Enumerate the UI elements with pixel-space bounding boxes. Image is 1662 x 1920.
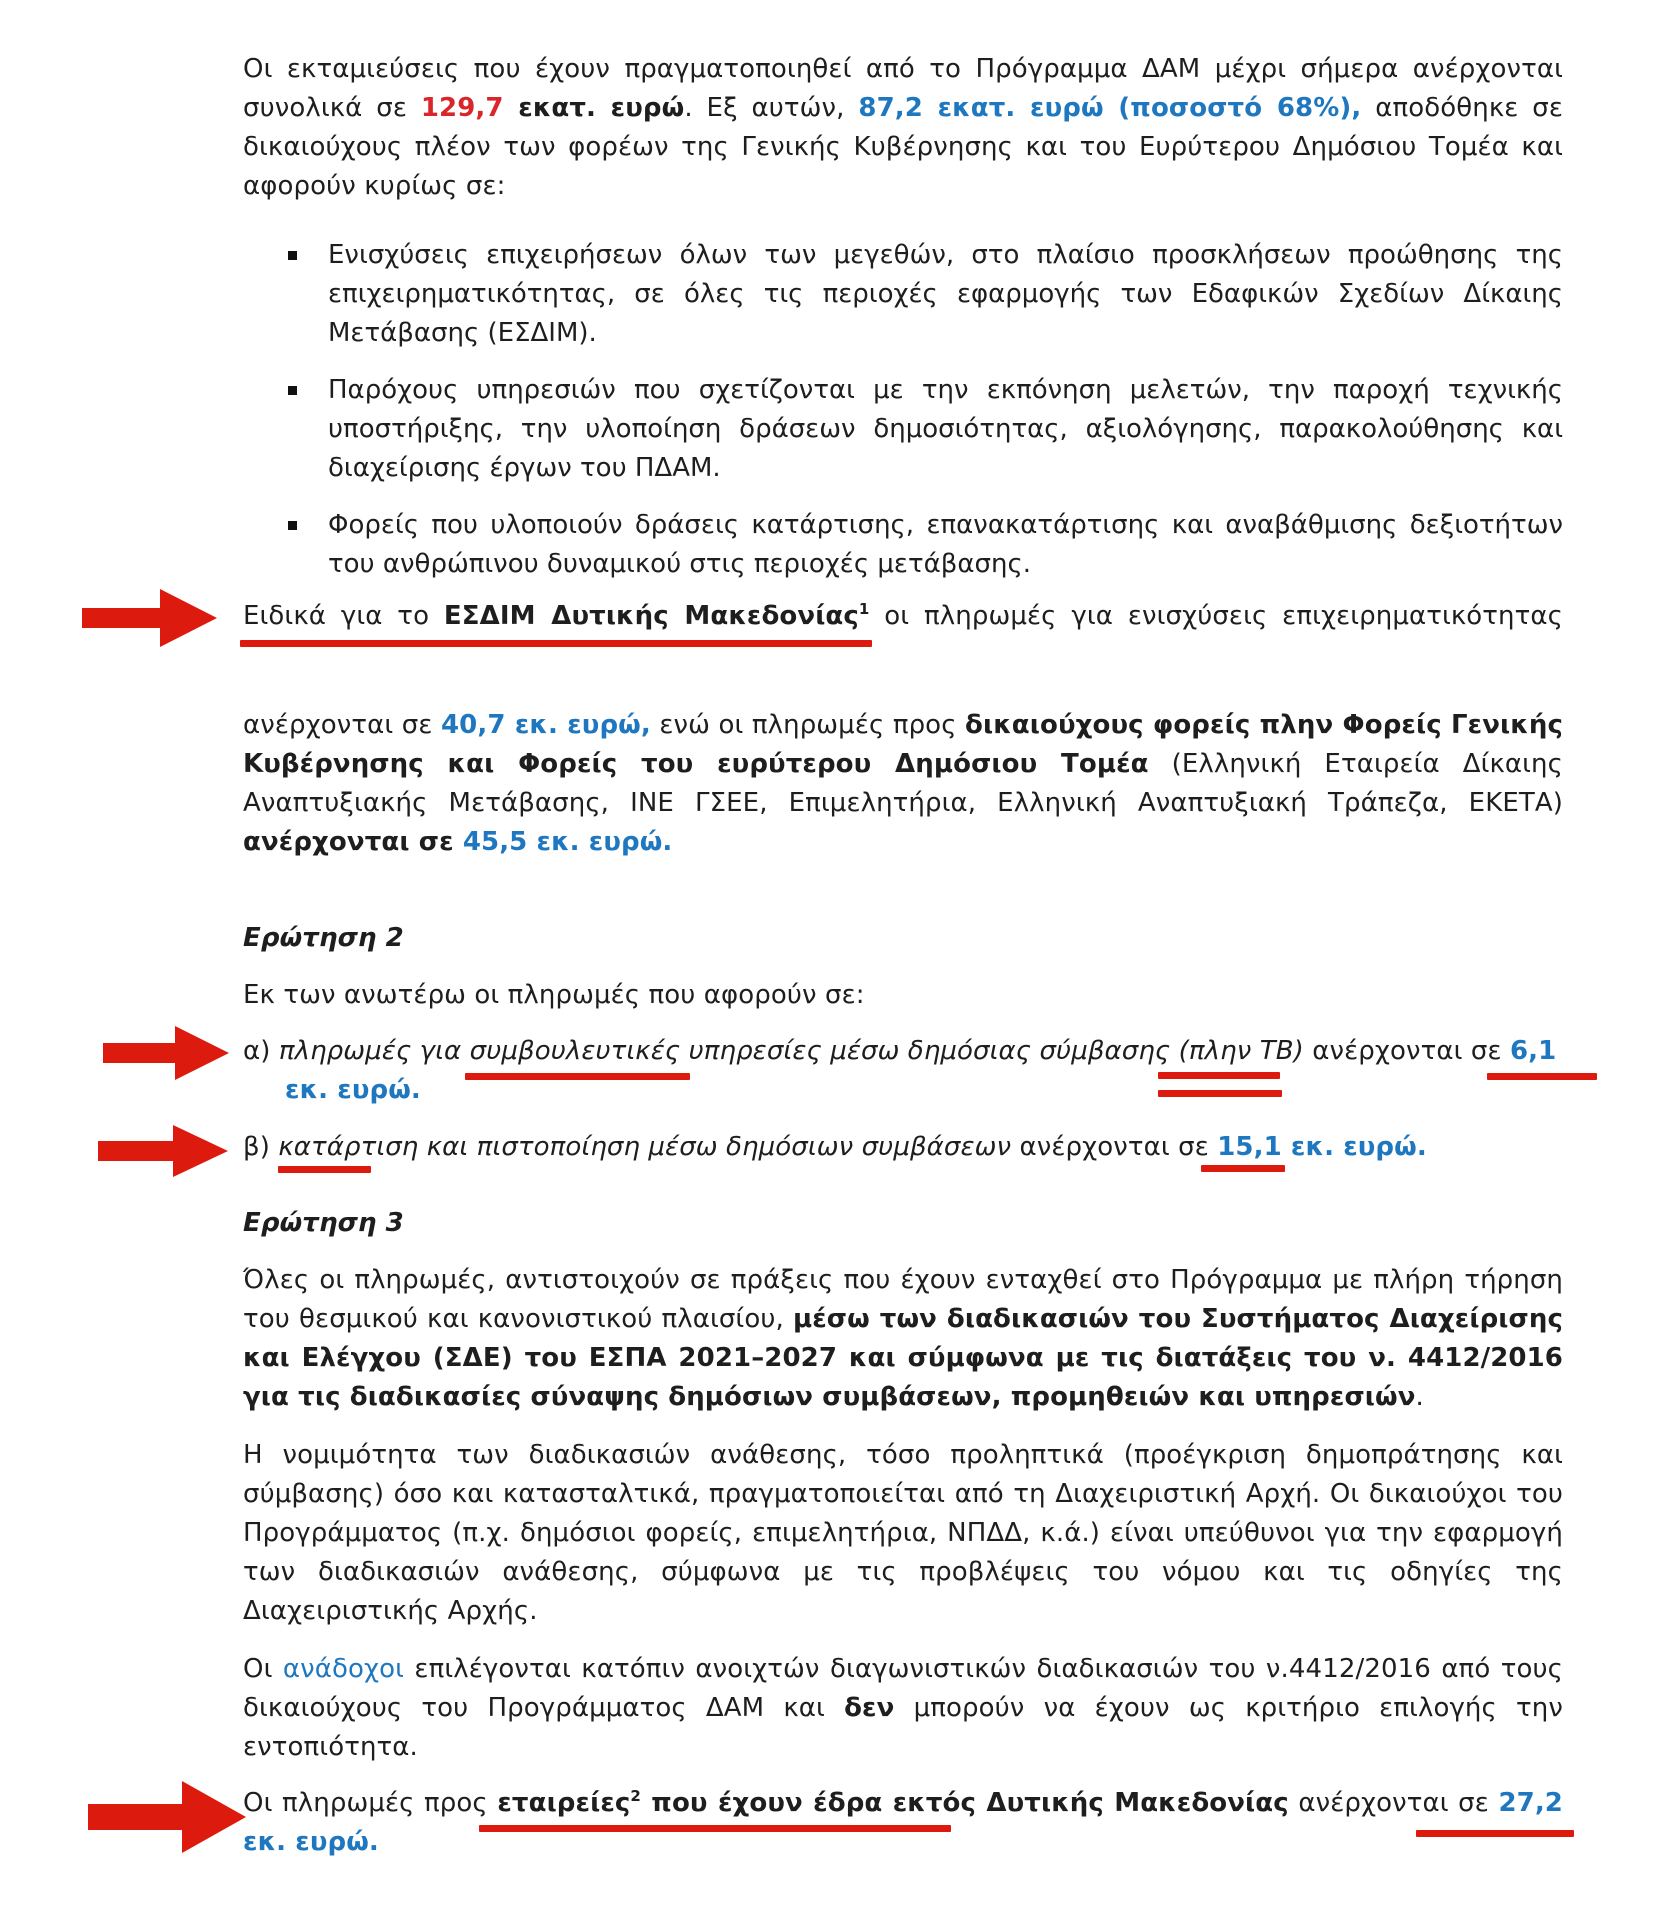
- footnote-ref-2[interactable]: 2: [630, 1787, 641, 1805]
- red-underline: [479, 1825, 951, 1832]
- question-3-paragraph-1: Όλες οι πληρωμές, αντιστοιχούν σε πράξει…: [243, 1261, 1563, 1417]
- red-underline: [1158, 1072, 1280, 1079]
- question-3-paragraph-2: Η νομιμότητα των διαδικασιών ανάθεσης, τ…: [243, 1436, 1563, 1631]
- red-arrow-icon: [103, 1026, 229, 1080]
- bullet-item: Φορείς που υλοποιούν δράσεις κατάρτισης,…: [243, 506, 1563, 584]
- question-2-item-b: β) κατάρτιση και πιστοποίηση μέσω δημόσι…: [243, 1128, 1563, 1167]
- question-2-intro: Εκ των ανωτέρω οι πληρωμές που αφορούν σ…: [243, 976, 1563, 1015]
- anadoxoi-link[interactable]: ανάδοχοι: [283, 1654, 404, 1684]
- share-amount: 87,2 εκατ. ευρώ (ποσοστό 68%),: [858, 93, 1361, 123]
- red-arrow-icon: [82, 589, 217, 647]
- red-arrow-icon: [98, 1125, 228, 1177]
- red-underline: [1201, 1165, 1285, 1172]
- red-underline: [1487, 1073, 1597, 1080]
- question-3-paragraph-3: Οι ανάδοχοι επιλέγονται κατόπιν ανοιχτών…: [243, 1650, 1563, 1767]
- question-2-item-a: α) πληρωμές για συμβουλευτικές υπηρεσίες…: [243, 1032, 1605, 1110]
- red-underline: [240, 640, 872, 647]
- square-bullet-icon: [288, 251, 297, 260]
- bullet-list: Ενισχύσεις επιχειρήσεων όλων των μεγεθών…: [243, 236, 1563, 584]
- question-3-paragraph-4: Οι πληρωμές προς εταιρείες2 που έχουν έδ…: [243, 1784, 1563, 1862]
- bullet-item: Παρόχους υπηρεσιών που σχετίζονται με τη…: [243, 371, 1563, 488]
- esdim-paragraph: Ειδικά για το ΕΣΔΙΜ Δυτικής Μακεδονίας1 …: [243, 597, 1563, 636]
- document-page: Οι εκταμιεύσεις που έχουν πραγματοποιηθε…: [0, 0, 1662, 1920]
- total-amount: 129,7: [421, 93, 504, 123]
- question-2-heading: Ερώτηση 2: [243, 919, 1563, 958]
- square-bullet-icon: [288, 521, 297, 530]
- bullet-item: Ενισχύσεις επιχειρήσεων όλων των μεγεθών…: [243, 236, 1563, 353]
- intro-paragraph: Οι εκταμιεύσεις που έχουν πραγματοποιηθε…: [243, 50, 1563, 206]
- square-bullet-icon: [288, 386, 297, 395]
- footnote-ref-1[interactable]: 1: [859, 600, 870, 618]
- question-3-heading: Ερώτηση 3: [243, 1204, 1563, 1243]
- red-underline: [278, 1166, 371, 1173]
- red-arrow-icon: [88, 1781, 246, 1853]
- red-underline: [465, 1073, 690, 1080]
- continuation-paragraph: ανέρχονται σε 40,7 εκ. ευρώ, ενώ οι πληρ…: [243, 706, 1563, 862]
- red-underline: [1158, 1090, 1282, 1097]
- red-underline: [1416, 1830, 1574, 1837]
